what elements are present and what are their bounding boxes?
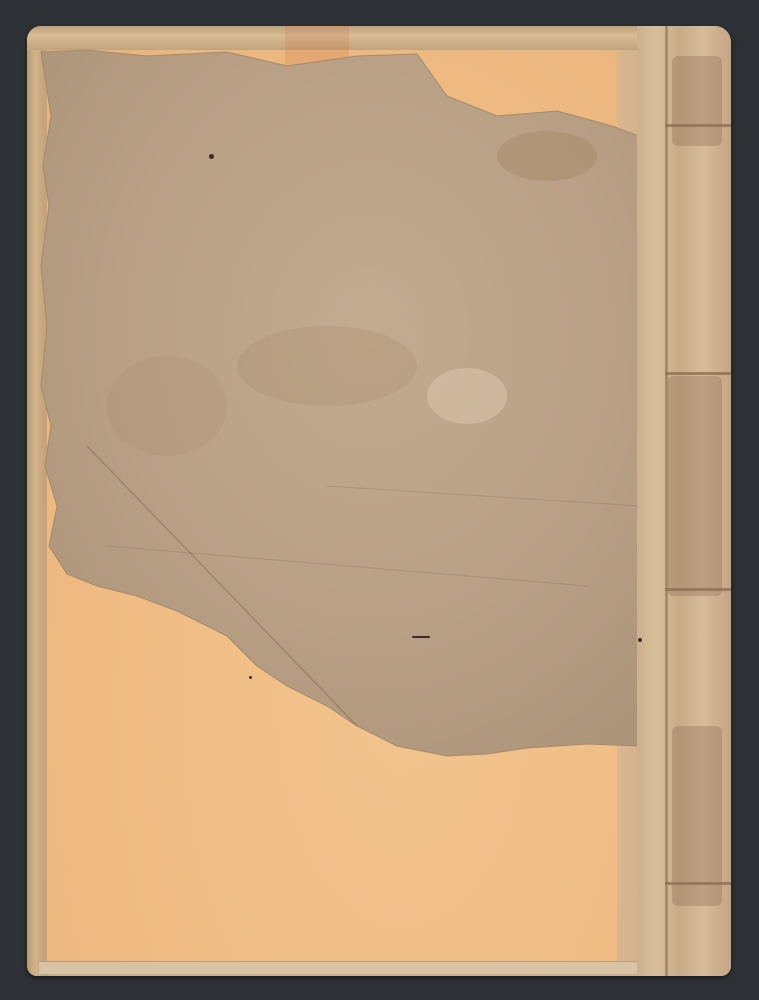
binding-stitch: [665, 124, 731, 127]
ink-spot: [638, 638, 642, 642]
binding-stitch: [665, 372, 731, 375]
ink-spot: [249, 676, 252, 679]
spine-wear-patch: [667, 376, 722, 596]
binding-stitch: [665, 882, 731, 885]
book-cover: [27, 26, 731, 976]
spine-wear-patch: [672, 56, 722, 146]
cover-bottom-edge: [39, 961, 639, 974]
ink-spot: [209, 154, 214, 159]
torn-paper-overlay: [27, 26, 731, 976]
binding-stitch: [665, 588, 731, 591]
ink-dash-mark: [412, 636, 430, 638]
binding-thread-line: [665, 26, 668, 976]
spine-wear-patch: [672, 726, 722, 906]
